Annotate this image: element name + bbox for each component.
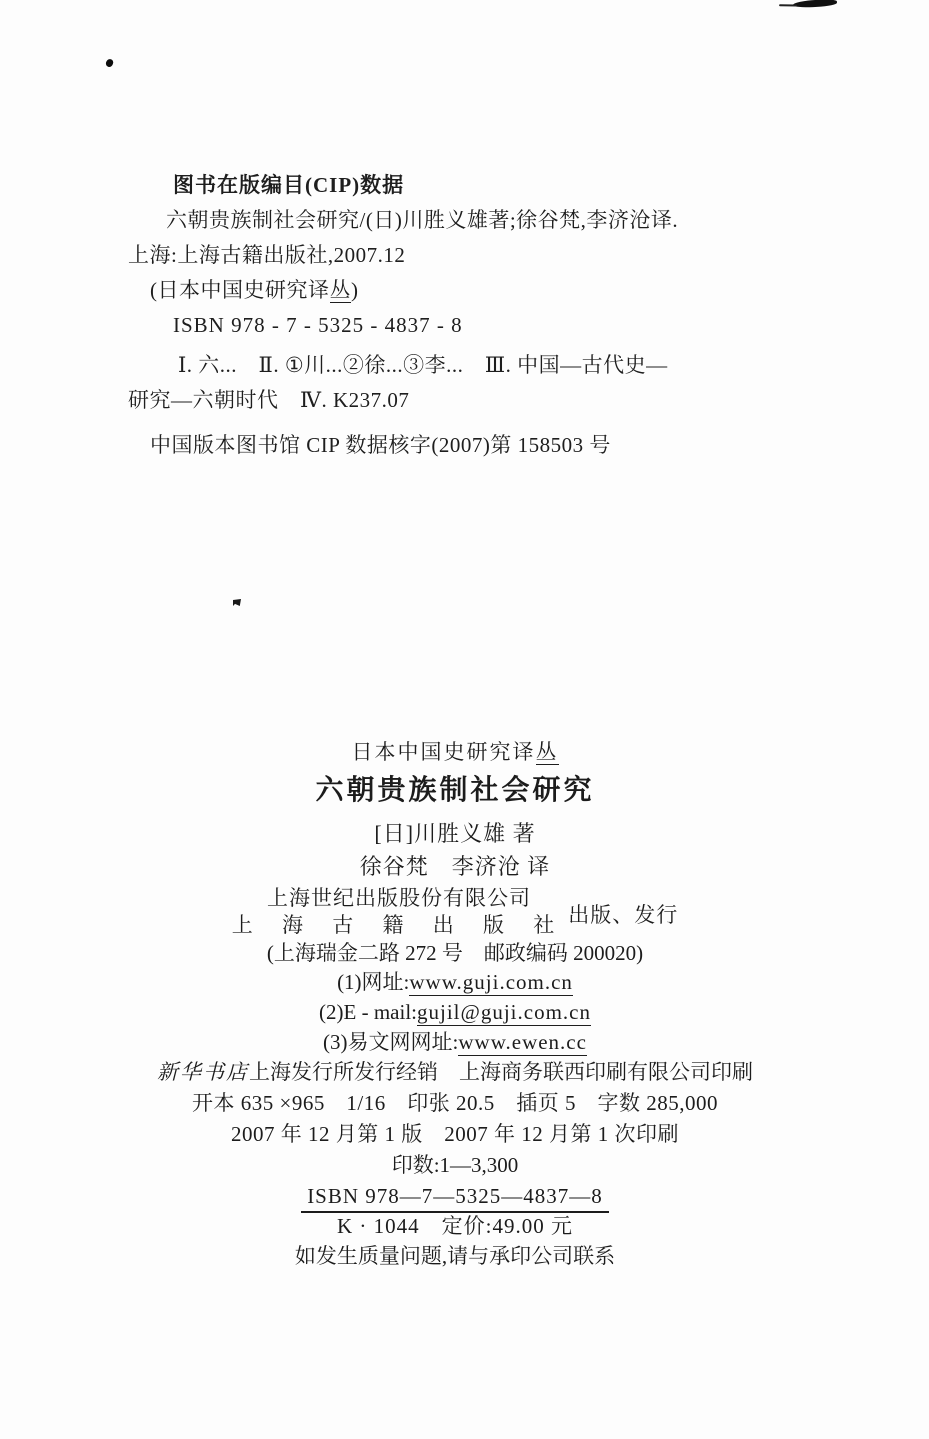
edition-line: 2007 年 12 月第 1 版 2007 年 12 月第 1 次印刷 bbox=[85, 1119, 825, 1150]
print-run-line: 印数:1—3,300 bbox=[85, 1150, 825, 1180]
scan-speck-artifact bbox=[233, 599, 241, 606]
distribution-rest: 上海发行所发行经销 上海商务联西印刷有限公司印刷 bbox=[249, 1060, 753, 1084]
website-url: www.guji.com.cn bbox=[409, 970, 573, 996]
cip-classification-line1: Ⅰ. 六... Ⅱ. ①川...②徐...③李... Ⅲ. 中国—古代史— bbox=[128, 348, 788, 383]
publisher-group-name: 上海世纪出版股份有限公司 bbox=[232, 885, 567, 912]
quality-note: 如发生质量问题,请与承印公司联系 bbox=[85, 1241, 825, 1272]
distribution-line: 新华书店上海发行所发行经销 上海商务联西印刷有限公司印刷 bbox=[85, 1057, 825, 1088]
book-title: 六朝贵族制社会研究 bbox=[85, 770, 825, 810]
cip-registry-number: 中国版本图书馆 CIP 数据核字(2007)第 158503 号 bbox=[128, 428, 788, 463]
cip-series-note-pre: (日本中国史研究译 bbox=[150, 278, 330, 302]
cip-series-note: (日本中国史研究译丛) bbox=[128, 273, 788, 308]
publisher-names: 上海世纪出版股份有限公司 上 海 古 籍 出 版 社 bbox=[232, 885, 567, 939]
cip-series-note-underlined: 丛 bbox=[330, 278, 352, 303]
price-line: K · 1044 定价:49.00 元 bbox=[85, 1211, 825, 1241]
translator-line: 徐谷梵 李济沧 译 bbox=[85, 851, 825, 883]
publisher-block: 上海世纪出版股份有限公司 上 海 古 籍 出 版 社 出版、发行 bbox=[85, 885, 825, 939]
author-line: [日]川胜义雄 著 bbox=[85, 817, 825, 851]
scan-smudge-artifact bbox=[793, 0, 837, 8]
colophon-block: 日本中国史研究译丛 六朝贵族制社会研究 [日]川胜义雄 著 徐谷梵 李济沧 译 … bbox=[85, 737, 825, 1272]
format-line: 开本 635 ×965 1/16 印张 20.5 插页 5 字数 285,000 bbox=[85, 1088, 825, 1119]
scanned-copyright-page: 图书在版编目(CIP)数据 六朝贵族制社会研究/(日)川胜义雄著;徐谷梵,李济沧… bbox=[0, 0, 929, 1439]
cip-data-block: 图书在版编目(CIP)数据 六朝贵族制社会研究/(日)川胜义雄著;徐谷梵,李济沧… bbox=[128, 168, 788, 463]
website-label: (1)网址: bbox=[337, 970, 409, 994]
cip-isbn: ISBN 978 - 7 - 5325 - 4837 - 8 bbox=[128, 308, 788, 343]
series-name: 日本中国史研究译丛 bbox=[85, 737, 825, 767]
cip-series-note-post: ) bbox=[351, 278, 359, 302]
email-address: gujil@guji.com.cn bbox=[417, 1000, 591, 1026]
publisher-press-name: 上 海 古 籍 出 版 社 bbox=[232, 912, 567, 939]
publish-role-label: 出版、发行 bbox=[568, 894, 678, 930]
isbn-number: ISBN 978—7—5325—4837—8 bbox=[301, 1184, 609, 1213]
ewen-line: (3)易文网网址:www.ewen.cc bbox=[85, 1027, 825, 1057]
isbn-line: ISBN 978—7—5325—4837—8 bbox=[85, 1181, 825, 1211]
scan-dot-artifact bbox=[105, 58, 114, 68]
ewen-url: www.ewen.cc bbox=[458, 1030, 587, 1056]
cip-classification-line2: 研究—六朝时代 Ⅳ. K237.07 bbox=[128, 383, 788, 418]
website-line: (1)网址:www.guji.com.cn bbox=[85, 967, 825, 997]
cip-description-line2: 上海:上海古籍出版社,2007.12 bbox=[128, 238, 788, 273]
publisher-address: (上海瑞金二路 272 号 邮政编码 200020) bbox=[85, 939, 825, 967]
email-line: (2)E - mail:gujil@guji.com.cn bbox=[85, 997, 825, 1027]
cip-heading: 图书在版编目(CIP)数据 bbox=[128, 168, 788, 203]
ewen-label: (3)易文网网址: bbox=[323, 1030, 458, 1054]
email-label: (2)E - mail: bbox=[319, 1000, 417, 1024]
series-name-pre: 日本中国史研究译 bbox=[352, 740, 536, 764]
series-name-underlined: 丛 bbox=[536, 740, 559, 765]
cip-description-line1: 六朝贵族制社会研究/(日)川胜义雄著;徐谷梵,李济沧译. bbox=[128, 203, 788, 238]
xinhua-bookstore-script: 新华书店 bbox=[157, 1060, 249, 1084]
